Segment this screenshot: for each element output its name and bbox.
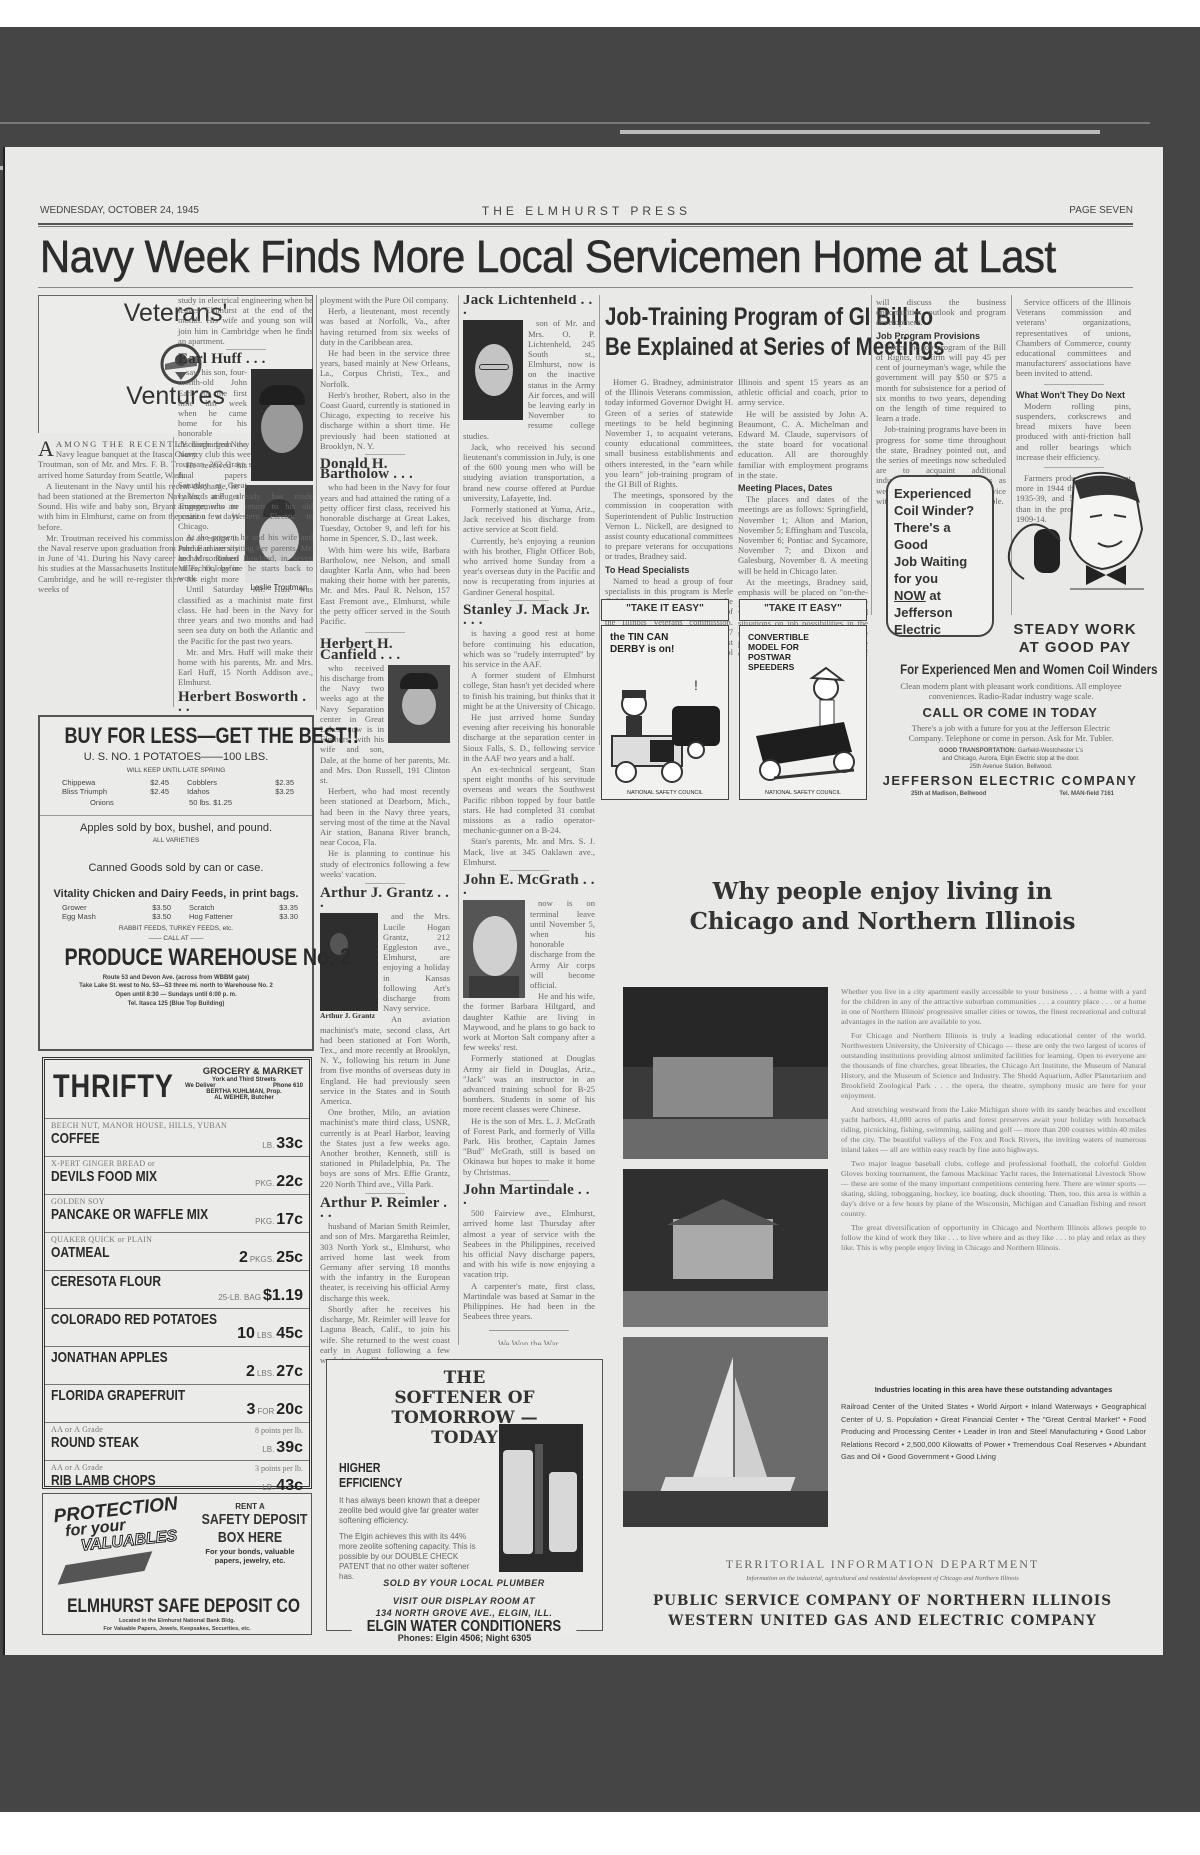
item-name: JONATHAN APPLES xyxy=(51,1349,253,1366)
psco-headline: Why people enjoy living in Chicago and N… xyxy=(605,877,1160,937)
lead-caps: AMONG THE RECENTLY xyxy=(56,439,189,449)
territorial-dept-sub: Information on the industrial, agricultu… xyxy=(605,1575,1160,1582)
produce-headline: BUY FOR LESS—GET THE BEST!! xyxy=(64,723,287,749)
item-name: OATMEAL xyxy=(51,1244,253,1261)
item-name: ROUND STEAK xyxy=(51,1434,253,1451)
item-name: FLORIDA GRAPEFRUIT xyxy=(51,1387,253,1404)
grocery-item-row: COLORADO RED POTATOES10LBS.45c xyxy=(45,1308,309,1346)
jefferson-tagline: STEADY WORK AT GOOD PAY xyxy=(1006,621,1144,657)
elgin-water-conditioners-ad: THE SOFTENER OF TOMORROW — TODAY HIGHER … xyxy=(326,1359,603,1631)
gi-bill-headline: Job-Training Program of GI Bill to Be Ex… xyxy=(605,302,865,362)
banner-headline: Navy Week Finds More Local Servicemen Ho… xyxy=(40,231,1056,283)
potato-price-list: Chippewa$2.45 Cobblers$2.35 Bliss Triump… xyxy=(40,774,312,796)
headline-mcgrath: John E. McGrath . . . xyxy=(463,875,595,895)
apples-sub: ALL VARIETIES xyxy=(40,837,312,844)
jefferson-address: 25th at Madison, Bellwood xyxy=(911,791,986,797)
produce-warehouse-ad: BUY FOR LESS—GET THE BEST!! U. S. NO. 1 … xyxy=(38,715,314,1051)
territorial-dept: TERRITORIAL INFORMATION DEPARTMENT xyxy=(605,1557,1160,1572)
price-row: Cobblers$2.35 xyxy=(187,778,294,787)
item-price: PKG.22c xyxy=(253,1173,303,1191)
sailboat-photo xyxy=(623,1337,828,1527)
speech-bubble: Experienced Coil Winder? There's a Good … xyxy=(886,475,994,637)
cartoon-2-title: "TAKE IT EASY" xyxy=(739,599,867,621)
column-4: Jack Lichtenheld . . . son of Mr. and Mr… xyxy=(463,295,595,1345)
item-price: PKG.17c xyxy=(253,1211,303,1229)
thrifty-header: THRIFTY GROCERY & MARKET York and Third … xyxy=(45,1060,309,1118)
thrifty-store-info: GROCERY & MARKET York and Third Streets … xyxy=(185,1066,303,1101)
feeds-line: Vitality Chicken and Dairy Feeds, in pri… xyxy=(40,888,312,900)
lichtenheld-photo xyxy=(463,320,523,420)
jefferson-phone: Tel. MAN-field 7161 xyxy=(1059,791,1114,797)
industries-title: Industries locating in this area have th… xyxy=(841,1385,1146,1394)
jefferson-cta: CALL OR COME IN TODAY xyxy=(876,705,1144,720)
elgin-visit: VISIT OUR DISPLAY ROOM AT xyxy=(327,1596,601,1606)
keep-note: WILL KEEP UNTIL LATE SPRING xyxy=(40,767,312,774)
item-price: 25-LB. BAG$1.19 xyxy=(216,1287,303,1305)
price-row: Bliss Triumph$2.45 xyxy=(62,787,169,796)
ration-points: 8 points per lb. xyxy=(255,1426,303,1435)
grantz-caption: Arthur J. Grantz xyxy=(320,1011,378,1021)
onion-price-row: Onions50 lbs. $1.25 xyxy=(40,796,312,807)
cartoon-1-title: "TAKE IT EASY" xyxy=(601,599,729,621)
ration-points: 3 points per lb. xyxy=(255,1464,303,1473)
campus-photo xyxy=(623,987,828,1159)
produce-route: Route 53 and Devon Ave. (across from WBB… xyxy=(40,975,312,981)
item-price: 2LBS.27c xyxy=(246,1363,303,1381)
elmhurst-safe-deposit-ad: PROTECTION for your VALUABLES RENT A SAF… xyxy=(42,1493,312,1635)
psco-company-2: WESTERN UNITED GAS AND ELECTRIC COMPANY xyxy=(605,1613,1160,1629)
cartoon-2-panel: CONVERTIBLE MODEL FOR POSTWAR SPEEDERS N… xyxy=(739,625,867,800)
item-price: LB.39c xyxy=(260,1439,303,1457)
thrifty-price-list: BEECH NUT, MANOR HOUSE, HILLS, YUBANCOFF… xyxy=(45,1118,309,1536)
safe-deposit-location: Located in the Elmhurst National Bank Bl… xyxy=(43,1618,311,1624)
drop-cap: A xyxy=(38,439,54,459)
cartoon-1-caption: the TIN CAN DERBY is on! xyxy=(610,632,680,656)
produce-directions: Take Lake St. west to No. 53—53 three mi… xyxy=(40,983,312,989)
folio-line: WEDNESDAY, OCTOBER 24, 1945 THE ELMHURST… xyxy=(40,205,1133,219)
headline-reimler: Arthur P. Reimler . . . xyxy=(320,1198,450,1218)
item-name: COFFEE xyxy=(51,1130,253,1147)
item-price: 2PKGS.25c xyxy=(239,1249,303,1267)
coffin-car-illustration xyxy=(744,666,864,786)
item-name: DEVILS FOOD MIX xyxy=(51,1168,253,1185)
safe-deposit-tagline: For Valuable Papers, Jewels, Keepsakes, … xyxy=(43,1626,311,1632)
price-row: Idahos$3.25 xyxy=(187,787,294,796)
industries-list: Railroad Center of the United States • W… xyxy=(841,1401,1146,1464)
house-photo xyxy=(623,1169,828,1327)
rent-box-text: RENT A SAFETY DEPOSIT BOX HERE For your … xyxy=(191,1502,309,1565)
other-feeds: RABBIT FEEDS, TURKEY FEEDS, etc. xyxy=(40,925,312,932)
potatoes-heading: U. S. NO. 1 POTATOES——100 LBS. xyxy=(40,751,312,763)
grocery-item-row: FLORIDA GRAPEFRUIT3FOR20c xyxy=(45,1384,309,1422)
thrifty-grocery-ad: THRIFTY GROCERY & MARKET York and Third … xyxy=(42,1057,312,1489)
item-name: RIB LAMB CHOPS xyxy=(51,1472,253,1489)
jefferson-headline: For Experienced Men and Women Coil Winde… xyxy=(900,661,1120,677)
headline-martindale: John Martindale . . . xyxy=(463,1185,595,1205)
price-row: Egg Mash$3.50 xyxy=(62,912,171,921)
item-name: PANCAKE OR WAFFLE MIX xyxy=(51,1206,253,1223)
jefferson-body-1: Clean modern plant with pleasant work co… xyxy=(896,681,1126,701)
mcgrath-photo xyxy=(463,900,525,998)
item-price: LB.33c xyxy=(260,1135,303,1153)
canned-goods-line: Canned Goods sold by can or case. xyxy=(40,862,312,874)
item-brand: BEECH NUT, MANOR HOUSE, HILLS, YUBAN xyxy=(51,1121,303,1130)
price-row: Hog Fattener$3.30 xyxy=(189,912,298,921)
public-service-company-ad: Why people enjoy living in Chicago and N… xyxy=(605,877,1160,1647)
column-3: ployment with the Pure Oil company. Herb… xyxy=(320,295,450,1397)
headline-bartholow: Donald H. Bartholow . . . xyxy=(320,459,450,479)
elgin-address: 134 NORTH GROVE AVE., ELGIN, ILL. xyxy=(327,1608,601,1618)
elgin-body: It has always been known that a deeper z… xyxy=(339,1496,485,1582)
canfield-photo xyxy=(388,665,450,743)
headline-herbert-bosworth: Herbert Bosworth . . . xyxy=(178,692,313,712)
man-on-telephone-illustration xyxy=(994,469,1144,619)
protection-script: PROTECTION for your VALUABLES xyxy=(53,1494,178,1558)
grocery-item-row: CERESOTA FLOUR25-LB. BAG$1.19 xyxy=(45,1270,309,1308)
grocery-item-row: QUAKER QUICK or PLAINOATMEAL2PKGS.25c xyxy=(45,1232,309,1270)
produce-warehouse-name: PRODUCE WAREHOUSE No. 2 xyxy=(64,944,287,972)
jefferson-transport: GOOD TRANSPORTATION: Garfield-Westcheste… xyxy=(936,747,1086,771)
jefferson-company: JEFFERSON ELECTRIC COMPANY xyxy=(876,773,1144,788)
earl-huff-photo xyxy=(251,369,313,481)
cartoon-1-credit: NATIONAL SAFETY COUNCIL xyxy=(602,790,728,796)
price-row: Scratch$3.35 xyxy=(189,903,298,912)
item-brand: X-PERT GINGER BREAD or xyxy=(51,1159,303,1168)
folio-rule xyxy=(38,223,1133,227)
newspaper-page: WEDNESDAY, OCTOBER 24, 1945 THE ELMHURST… xyxy=(3,147,1163,1655)
headline-canfield: Herbert H. Canfield . . . xyxy=(320,639,450,659)
produce-tel: Tel. Itasca 125 (Blue Top Building) xyxy=(40,1001,312,1007)
item-brand: GOLDEN SOY xyxy=(51,1197,303,1206)
call-at: —— CALL AT —— xyxy=(40,935,312,942)
item-price: 10LBS.45c xyxy=(237,1325,303,1343)
headline-mack: Stanley J. Mack Jr. . . . xyxy=(463,605,595,625)
elgin-sold: SOLD BY YOUR LOCAL PLUMBER xyxy=(327,1578,601,1588)
grocery-item-row: GOLDEN SOYPANCAKE OR WAFFLE MIXPKG.17c xyxy=(45,1194,309,1232)
grocery-item-row: JONATHAN APPLES2LBS.27c xyxy=(45,1346,309,1384)
headline-grantz: Arthur J. Grantz . . . xyxy=(320,888,450,908)
safe-deposit-company: ELMHURST SAFE DEPOSIT CO xyxy=(67,1596,287,1618)
water-softener-photo xyxy=(499,1424,583,1572)
feed-price-list: Grower$3.50 Scratch$3.35 Egg Mash$3.50 H… xyxy=(40,900,312,921)
headline-earl-huff: Earl Huff . . . xyxy=(178,354,313,364)
elgin-phones: Phones: Elgin 4506; Night 6305 xyxy=(326,1633,603,1643)
jefferson-body-2: There's a job with a future for you at t… xyxy=(896,723,1126,743)
paper-name: THE ELMHURST PRESS xyxy=(40,204,1133,218)
produce-hours: Open until 8:30 — Sundays until 6:00 p. … xyxy=(40,992,312,998)
psco-body: Whether you live in a city apartment eas… xyxy=(841,987,1146,1257)
grocery-item-row: X-PERT GINGER BREAD orDEVILS FOOD MIXPKG… xyxy=(45,1156,309,1194)
page-number: PAGE SEVEN xyxy=(1069,205,1133,216)
price-row: Chippewa$2.45 xyxy=(62,778,169,787)
tin-can-car-illustration: ! xyxy=(606,676,726,786)
apples-line: Apples sold by box, bushel, and pound. xyxy=(40,822,312,834)
price-row: Grower$3.50 xyxy=(62,903,171,912)
banner-rule xyxy=(38,287,1133,288)
thrifty-name: THRIFTY xyxy=(53,1068,174,1105)
headline-lichtenheld: Jack Lichtenheld . . . xyxy=(463,295,595,315)
item-name: COLORADO RED POTATOES xyxy=(51,1311,253,1328)
grocery-item-row: BEECH NUT, MANOR HOUSE, HILLS, YUBANCOFF… xyxy=(45,1118,309,1156)
psco-company-1: PUBLIC SERVICE COMPANY OF NORTHERN ILLIN… xyxy=(605,1593,1160,1609)
jefferson-electric-ad: Experienced Coil Winder? There's a Good … xyxy=(876,469,1144,809)
item-brand: QUAKER QUICK or PLAIN xyxy=(51,1235,303,1244)
cartoon-1-panel: the TIN CAN DERBY is on! ! NATIONAL SAFE… xyxy=(601,625,729,800)
cartoon-2-credit: NATIONAL SAFETY COUNCIL xyxy=(740,790,866,796)
column-2: study in electrical engineering when he … xyxy=(178,295,313,767)
svg-text:!: ! xyxy=(694,677,698,693)
elgin-sub: HIGHER EFFICIENCY xyxy=(339,1460,413,1490)
grocery-item-row: AA or A GradeROUND STEAK8 points per lb.… xyxy=(45,1422,309,1460)
item-price: 3FOR20c xyxy=(247,1401,304,1419)
slogan-line-1: We Won the War, xyxy=(463,1339,595,1346)
